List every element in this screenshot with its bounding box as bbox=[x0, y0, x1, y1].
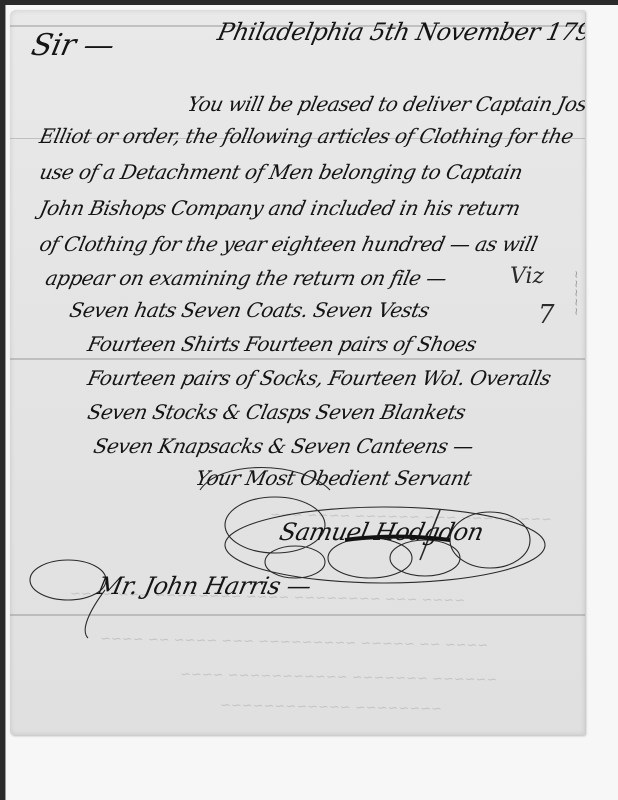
margin-mark: 7 bbox=[538, 300, 555, 330]
body-line: use of a Detachment of Men belonging to … bbox=[37, 160, 524, 184]
bleed-through-text: ~~~~~~ ~~~~~~~ ~~~~~~~~~~~ ~~~~ bbox=[180, 667, 498, 688]
place-date: Philadelphia 5th November 1799 bbox=[215, 18, 585, 46]
body-line: of Clothing for the year eighteen hundre… bbox=[37, 232, 539, 256]
scan-frame-inner-line bbox=[5, 5, 6, 800]
items-line: Seven Stocks & Clasps Seven Blankets bbox=[85, 400, 467, 424]
paper-fold bbox=[10, 358, 585, 360]
bleed-through-text: ~~~~~~~~ ~~~~~~~~~~~~ bbox=[220, 698, 442, 717]
items-line: Seven hats Seven Coats. Seven Vests bbox=[67, 298, 431, 322]
body-line: You will be pleased to deliver Captain J… bbox=[185, 92, 585, 116]
body-line: John Bishops Company and included in his… bbox=[37, 196, 522, 220]
body-line: appear on examining the return on file — bbox=[43, 266, 448, 290]
margin-faint-note: ~~~~~ bbox=[570, 270, 583, 316]
viz-note: Viz bbox=[510, 264, 544, 289]
items-line: Fourteen Shirts Fourteen pairs of Shoes bbox=[85, 332, 478, 356]
letter-paper: ~~~ ~~~~~ ~~~ ~~~~~~ ~~~~ ~~~ ~~~~ ~~~ ~… bbox=[10, 10, 585, 735]
body-line: Elliot or order, the following articles … bbox=[37, 124, 575, 148]
items-line: Fourteen pairs of Socks, Fourteen Wol. O… bbox=[85, 366, 553, 390]
scan-frame-top bbox=[0, 0, 618, 5]
signature: Samuel Hodgdon bbox=[277, 518, 486, 546]
bleed-through-text: ~~~~ ~~ ~~~~~ ~~~~~~~~~ ~~~ ~~~~ ~~ ~~~~ bbox=[100, 632, 489, 654]
salutation: Sir — bbox=[28, 28, 117, 63]
addressee: Mr. John Harris — bbox=[95, 572, 314, 600]
